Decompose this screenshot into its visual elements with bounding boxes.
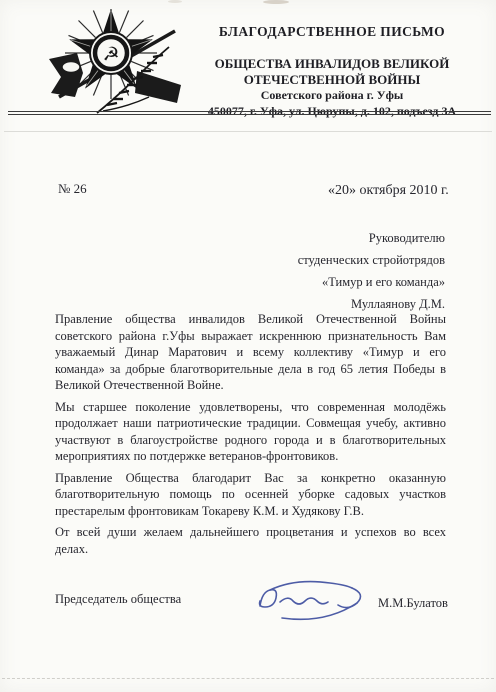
letter-body: Правление общества инвалидов Великой Оте…	[55, 311, 446, 562]
recipient-line: «Тимур и его команда»	[195, 275, 445, 297]
scan-smudge	[263, 0, 289, 4]
recipient-line: Руководителю	[195, 231, 445, 253]
banner-right-icon	[135, 71, 181, 103]
order-of-patriotic-war-emblem-icon: ☭	[46, 7, 188, 115]
org-name-line2: ОТЕЧЕСТВЕННОЙ ВОЙНЫ	[182, 72, 482, 88]
letterhead-divider	[8, 111, 491, 115]
hammer-sickle-icon: ☭	[102, 44, 119, 66]
org-name-line1: ОБЩЕСТВА ИНВАЛИДОВ ВЕЛИКОЙ	[182, 56, 482, 72]
recipient-line: студенческих стройотрядов	[195, 253, 445, 275]
helmet-icon	[62, 62, 80, 73]
scan-artifact-line	[2, 678, 494, 679]
scanned-letter-page: ☭ БЛАГОДАРСТВЕННОЕ ПИСЬМО ОБЩЕСТВА ИНВАЛ…	[0, 0, 496, 692]
document-date: «20» октября 2010 г.	[328, 183, 449, 199]
org-district: Советского района г. Уфы	[182, 88, 482, 103]
document-number: № 26	[58, 181, 87, 197]
recipient-block: Руководителю студенческих стройотрядов «…	[195, 231, 445, 319]
letter-title: БЛАГОДАРСТВЕННОЕ ПИСЬМО	[182, 24, 482, 40]
handwritten-signature	[250, 574, 378, 632]
body-paragraph: Правление общества инвалидов Великой Оте…	[55, 311, 446, 394]
scan-smudge	[168, 0, 182, 3]
banner-icon	[49, 53, 83, 97]
body-paragraph: Правление Общества благодарит Вас за кон…	[55, 470, 446, 520]
signer-name: М.М.Булатов	[378, 596, 448, 611]
body-paragraph: Мы старшее поколение удовлетворены, что …	[55, 399, 446, 465]
letterhead: БЛАГОДАРСТВЕННОЕ ПИСЬМО ОБЩЕСТВА ИНВАЛИД…	[182, 24, 482, 119]
signer-position-label: Председатель общества	[55, 592, 181, 607]
body-paragraph: От всей души желаем дальнейшего процвета…	[55, 524, 446, 557]
scan-artifact-line	[4, 131, 492, 132]
